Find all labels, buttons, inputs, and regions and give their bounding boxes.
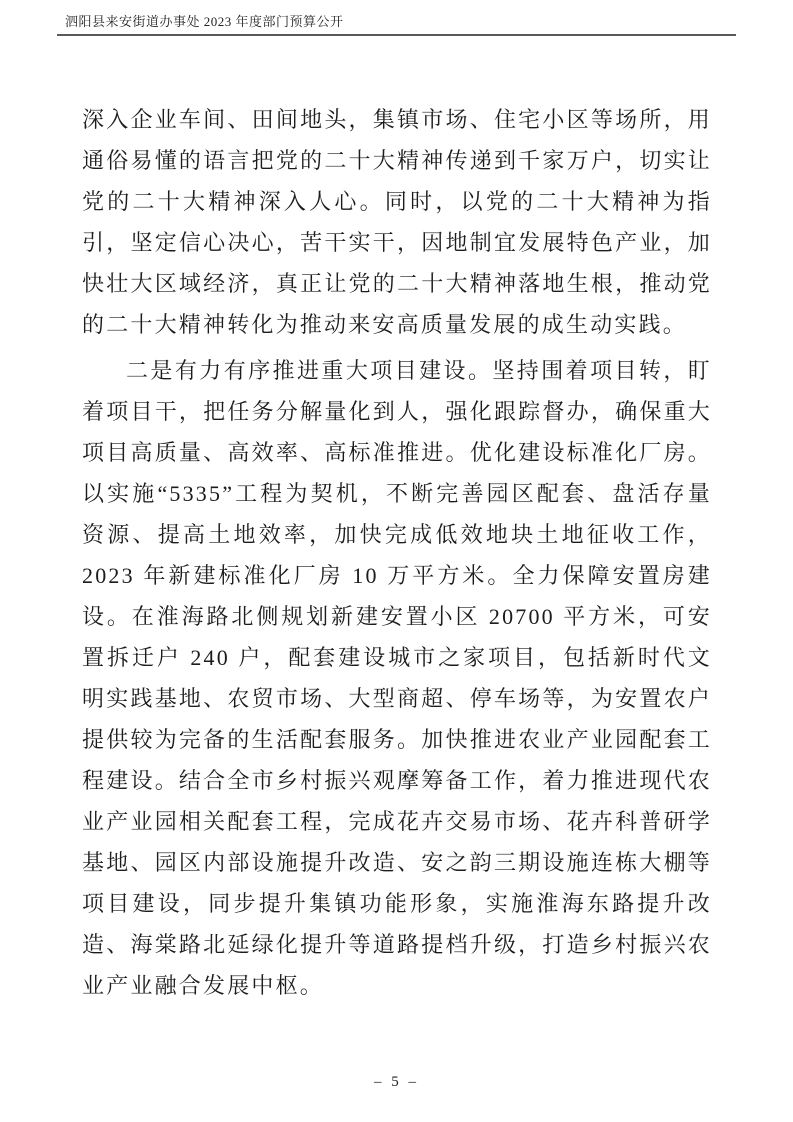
page-footer: – 5 – — [0, 1074, 793, 1091]
page-header: 泗阳县来安街道办事处 2023 年度部门预算公开 — [57, 8, 736, 36]
header-title: 泗阳县来安街道办事处 2023 年度部门预算公开 — [65, 14, 344, 29]
document-body: 深入企业车间、田间地头，集镇市场、住宅小区等场所，用通俗易懂的语言把党的二十大精… — [82, 99, 712, 1006]
body-paragraph: 二是有力有序推进重大项目建设。坚持围着项目转，盯着项目干，把任务分解量化到人，强… — [82, 350, 712, 1006]
page-number: – 5 – — [374, 1074, 419, 1090]
body-paragraph: 深入企业车间、田间地头，集镇市场、住宅小区等场所，用通俗易懂的语言把党的二十大精… — [82, 99, 712, 345]
document-page: 泗阳县来安街道办事处 2023 年度部门预算公开 深入企业车间、田间地头，集镇市… — [0, 0, 793, 1122]
